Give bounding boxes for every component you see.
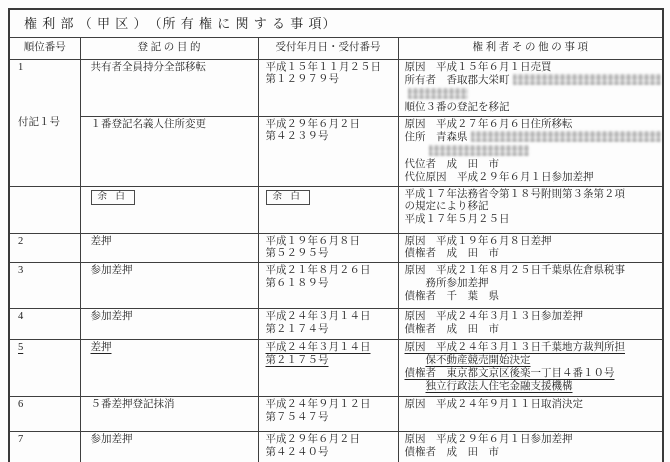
cell-text: 原因 平成２７年６月６日住所移転 [405, 119, 573, 130]
cell-text: 平成２４年９月１２日 [266, 399, 371, 410]
cell-text: 第４２４０号 [266, 447, 329, 458]
header-row: 順位番号 登 記 の 目 的 受付年月日・受付番号 権 利 者 そ の 他 の … [9, 37, 663, 59]
text-line: 平成２４年９月１２日 [266, 399, 394, 412]
cell-text: 参加差押 [91, 265, 133, 276]
rank-cell: 3 [9, 263, 80, 309]
cell-text: 第７５４７号 [266, 412, 329, 423]
text-line: 平成２９年６月２日 [266, 119, 394, 132]
purpose-cell: 差押 [80, 233, 258, 263]
cell-text: 第１２９７９号 [266, 74, 340, 85]
cell-text: 平成１７年法務省令第１８号附則第３条第２項 [405, 189, 626, 200]
cell-text: 所有者 香取郡大栄町 [405, 75, 510, 86]
cell-text: 平成２１年８月２６日 [266, 265, 371, 276]
cell-text: 平成１５年１１月２５日 [266, 62, 382, 73]
text-line: 第２１７４号 [266, 324, 394, 337]
cell-text: 独立行政法人住宅金融支援機構 [426, 381, 573, 392]
cell-text: 共有者全員持分全部移転 [91, 62, 207, 73]
cell-text: 債権者 成 田 市 [405, 324, 500, 335]
registry-row: １番登記名義人住所変更平成２９年６月２日第４２３９号原因 平成２７年６月６日住所… [9, 116, 663, 186]
cell-text: 債権者 成 田 市 [405, 447, 500, 458]
reception-cell: 平成２９年６月２日第４２４０号 [258, 432, 398, 462]
text-line: 第１２９７９号 [266, 74, 394, 87]
rights-cell: 原因 平成２４年３月１３日参加差押債権者 成 田 市 [398, 309, 663, 340]
registry-document-page: 権 利 部 （ 甲 区 ） （所 有 権 に 関 す る 事 項） 順位番号 登… [0, 0, 670, 462]
cell-text: の規定により移記 [405, 201, 489, 212]
text-line: 原因 平成２７年６月６日住所移転 [405, 119, 659, 132]
text-line: 原因 平成２９年６月１日参加差押 [405, 434, 659, 447]
registry-table-body: 1付記１号共有者全員持分全部移転平成１５年１１月２５日第１２９７９号原因 平成１… [9, 59, 663, 462]
text-line: 債権者 東京都文京区後楽一丁目４番１０号 [405, 368, 659, 381]
cell-text: 第２１７５号 [266, 355, 329, 366]
text-line: 原因 平成１９年６月８日差押 [405, 236, 659, 249]
cell-text: 債権者 成 田 市 [405, 248, 500, 259]
redaction-blur [429, 145, 529, 156]
purpose-cell: 参加差押 [80, 309, 258, 340]
reception-cell: 平成２４年３月１４日第２１７４号 [258, 309, 398, 340]
rank-cell: 5 [9, 340, 80, 397]
text-line: 債権者 成 田 市 [405, 324, 659, 337]
reception-cell: 平成２４年３月１４日第２１７５号 [258, 340, 398, 397]
text-line: 付記１号 [18, 117, 76, 130]
rights-cell: 平成１７年法務省令第１８号附則第３条第２項の規定により移記平成１７年５月２５日 [398, 186, 663, 233]
section-title: 権 利 部 （ 甲 区 ） （所 有 権 に 関 す る 事 項） [9, 9, 663, 37]
cell-text: 代位者 成 田 市 [405, 159, 500, 170]
cell-text: 第４２３９号 [266, 131, 329, 142]
registry-row: 3参加差押平成２１年８月２６日第６１８９号原因 平成２１年８月２５日千葉県佐倉県… [9, 263, 663, 309]
cell-text: 平成２９年６月２日 [266, 119, 361, 130]
text-line: 債権者 千 葉 県 [405, 291, 659, 304]
cell-text: 順位３番の登記を移記 [405, 102, 510, 113]
text-line: 3 [18, 265, 76, 278]
rights-cell: 原因 平成２１年８月２５日千葉県佐倉県税事務所参加差押債権者 千 葉 県 [398, 263, 663, 309]
text-line: 代位者 成 田 市 [405, 159, 659, 172]
text-line: 第６１８９号 [266, 278, 394, 291]
cell-text: 4 [18, 311, 23, 322]
cell-text: 7 [18, 434, 23, 445]
cell-text: 参加差押 [91, 434, 133, 445]
text-line: 平成２４年３月１４日 [266, 342, 394, 355]
text-line: 所有者 香取郡大栄町 [405, 74, 659, 88]
text-line: 5 [18, 342, 76, 355]
rank-cell: 4 [9, 309, 80, 340]
text-line: 第７５４７号 [266, 412, 394, 425]
cell-text: 平成２４年３月１４日 [266, 311, 371, 322]
reception-cell: 平成２９年６月２日第４２３９号 [258, 116, 398, 186]
cell-text: 2 [18, 236, 23, 247]
cell-text: 5 [18, 342, 23, 353]
purpose-cell: ５番差押登記抹消 [80, 397, 258, 432]
cell-text: 1 [18, 62, 23, 73]
cell-text: 6 [18, 399, 23, 410]
cell-text: 第２１７４号 [266, 324, 329, 335]
text-line: 代位原因 平成２９年６月１日参加差押 [405, 172, 659, 185]
reception-cell: 平成２４年９月１２日第７５４７号 [258, 397, 398, 432]
registry-row: 6５番差押登記抹消平成２４年９月１２日第７５４７号原因 平成２４年９月１１日取消… [9, 397, 663, 432]
cell-text: 平成２９年６月２日 [266, 434, 361, 445]
registry-row: 7参加差押平成２９年６月２日第４２４０号原因 平成２９年６月１日参加差押債権者 … [9, 432, 663, 462]
reception-cell: 平成２１年８月２６日第６１８９号 [258, 263, 398, 309]
cell-text: 債権者 千 葉 県 [405, 291, 500, 302]
header-rights: 権 利 者 そ の 他 の 事 項 [398, 37, 663, 59]
rights-cell: 原因 平成２７年６月６日住所移転住所 青森県代位者 成 田 市代位原因 平成２９… [398, 116, 663, 186]
cell-text: 付記１号 [18, 117, 60, 128]
text-line: 原因 平成２１年８月２５日千葉県佐倉県税事 [405, 265, 659, 278]
rights-cell: 原因 平成２４年３月１３日千葉地方裁判所担保不動産競売開始決定債権者 東京都文京… [398, 340, 663, 397]
purpose-cell: 参加差押 [80, 263, 258, 309]
cell-text: 原因 平成１９年６月８日差押 [405, 236, 552, 247]
cell-text: 原因 平成２１年８月２５日千葉県佐倉県税事 [405, 265, 626, 276]
redaction-blur [513, 74, 661, 85]
text-line: 第５２９５号 [266, 248, 394, 261]
text-line: の規定により移記 [405, 201, 659, 214]
redaction-blur [471, 131, 661, 142]
cell-text: 原因 平成２９年６月１日参加差押 [405, 434, 573, 445]
cell-text: 差押 [91, 342, 112, 353]
reception-cell: 余 白 [258, 186, 398, 233]
cell-text: 務所参加差押 [426, 278, 489, 289]
cell-text: 代位原因 平成２９年６月１日参加差押 [405, 172, 594, 183]
rights-cell: 原因 平成２９年６月１日参加差押債権者 成 田 市 [398, 432, 663, 462]
text-line: 債権者 成 田 市 [405, 447, 659, 460]
cell-text: 参加差押 [91, 311, 133, 322]
reception-cell: 平成１５年１１月２５日第１２９７９号 [258, 59, 398, 116]
text-line: 保不動産競売開始決定 [405, 355, 659, 368]
registry-row: 余 白余 白平成１７年法務省令第１８号附則第３条第２項の規定により移記平成１７年… [9, 186, 663, 233]
purpose-cell: 余 白 [80, 186, 258, 233]
text-line: 原因 平成２４年９月１１日取消決定 [405, 399, 659, 412]
text-line: 平成１７年５月２５日 [405, 214, 659, 227]
cell-text: 第６１８９号 [266, 278, 329, 289]
rank-cell: 1付記１号 [9, 59, 80, 186]
cell-text: 差押 [91, 236, 112, 247]
text-line: 住所 青森県 [405, 131, 659, 145]
cell-text: ５番差押登記抹消 [91, 399, 175, 410]
text-line: 原因 平成２４年３月１３日千葉地方裁判所担 [405, 342, 659, 355]
header-reception: 受付年月日・受付番号 [258, 37, 398, 59]
registry-row: 2差押平成１９年６月８日第５２９５号原因 平成１９年６月８日差押債権者 成 田 … [9, 233, 663, 263]
registry-row: 4参加差押平成２４年３月１４日第２１７４号原因 平成２４年３月１３日参加差押債権… [9, 309, 663, 340]
cell-text: 平成１７年５月２５日 [405, 214, 510, 225]
reception-cell: 平成１９年６月８日第５２９５号 [258, 233, 398, 263]
redaction-blur [408, 88, 468, 99]
cell-text: 3 [18, 265, 23, 276]
rank-cell: 2 [9, 233, 80, 263]
text-line: 独立行政法人住宅金融支援機構 [405, 381, 659, 394]
cell-text: １番登記名義人住所変更 [91, 119, 207, 130]
text-line: 6 [18, 399, 76, 412]
title-row: 権 利 部 （ 甲 区 ） （所 有 権 に 関 す る 事 項） [9, 9, 663, 37]
text-line: 平成２１年８月２６日 [266, 265, 394, 278]
text-line: 平成１７年法務省令第１８号附則第３条第２項 [405, 189, 659, 202]
text-line: 7 [18, 434, 76, 447]
text-line: 第４２４０号 [266, 447, 394, 460]
text-line [405, 88, 659, 102]
purpose-cell: 参加差押 [80, 432, 258, 462]
rank-cell [9, 186, 80, 233]
cell-text: 保不動産競売開始決定 [426, 355, 531, 366]
text-line: 平成２９年６月２日 [266, 434, 394, 447]
text-line [405, 145, 659, 159]
cell-text: 第５２９５号 [266, 248, 329, 259]
text-line: 2 [18, 236, 76, 249]
text-line: 原因 平成１５年６月１日売買 [405, 62, 659, 75]
rank-cell: 6 [9, 397, 80, 432]
text-line: 債権者 成 田 市 [405, 248, 659, 261]
text-line: 原因 平成２４年３月１３日参加差押 [405, 311, 659, 324]
cell-text: 原因 平成２４年９月１１日取消決定 [405, 399, 584, 410]
cell-text: 平成１９年６月８日 [266, 236, 361, 247]
text-line: 平成２４年３月１４日 [266, 311, 394, 324]
text-line: 第２１７５号 [266, 355, 394, 368]
rights-cell: 原因 平成１９年６月８日差押債権者 成 田 市 [398, 233, 663, 263]
cell-text: 平成２４年３月１４日 [266, 342, 371, 353]
text-line: 第４２３９号 [266, 131, 394, 144]
text-line: 順位３番の登記を移記 [405, 102, 659, 115]
yohaku-box: 余 白 [91, 190, 135, 205]
cell-text: 原因 平成１５年６月１日売買 [405, 62, 552, 73]
text-line: 平成１９年６月８日 [266, 236, 394, 249]
text-line: 務所参加差押 [405, 278, 659, 291]
registry-row: 5差押平成２４年３月１４日第２１７５号原因 平成２４年３月１３日千葉地方裁判所担… [9, 340, 663, 397]
rank-cell: 7 [9, 432, 80, 462]
text-line: 平成１５年１１月２５日 [266, 62, 394, 75]
yohaku-box: 余 白 [266, 190, 310, 205]
purpose-cell: １番登記名義人住所変更 [80, 116, 258, 186]
header-rank: 順位番号 [9, 37, 80, 59]
cell-text: 原因 平成２４年３月１３日参加差押 [405, 311, 584, 322]
rights-cell: 原因 平成２４年９月１１日取消決定 [398, 397, 663, 432]
text-line: 1 [18, 62, 76, 75]
cell-text: 住所 青森県 [405, 132, 468, 143]
registry-row: 1付記１号共有者全員持分全部移転平成１５年１１月２５日第１２９７９号原因 平成１… [9, 59, 663, 116]
cell-text: 債権者 東京都文京区後楽一丁目４番１０号 [405, 368, 615, 379]
purpose-cell: 共有者全員持分全部移転 [80, 59, 258, 116]
text-line: 4 [18, 311, 76, 324]
rights-cell: 原因 平成１５年６月１日売買所有者 香取郡大栄町順位３番の登記を移記 [398, 59, 663, 116]
cell-text: 原因 平成２４年３月１３日千葉地方裁判所担 [405, 342, 626, 353]
header-purpose: 登 記 の 目 的 [80, 37, 258, 59]
registry-table: 権 利 部 （ 甲 区 ） （所 有 権 に 関 す る 事 項） 順位番号 登… [8, 8, 664, 462]
purpose-cell: 差押 [80, 340, 258, 397]
